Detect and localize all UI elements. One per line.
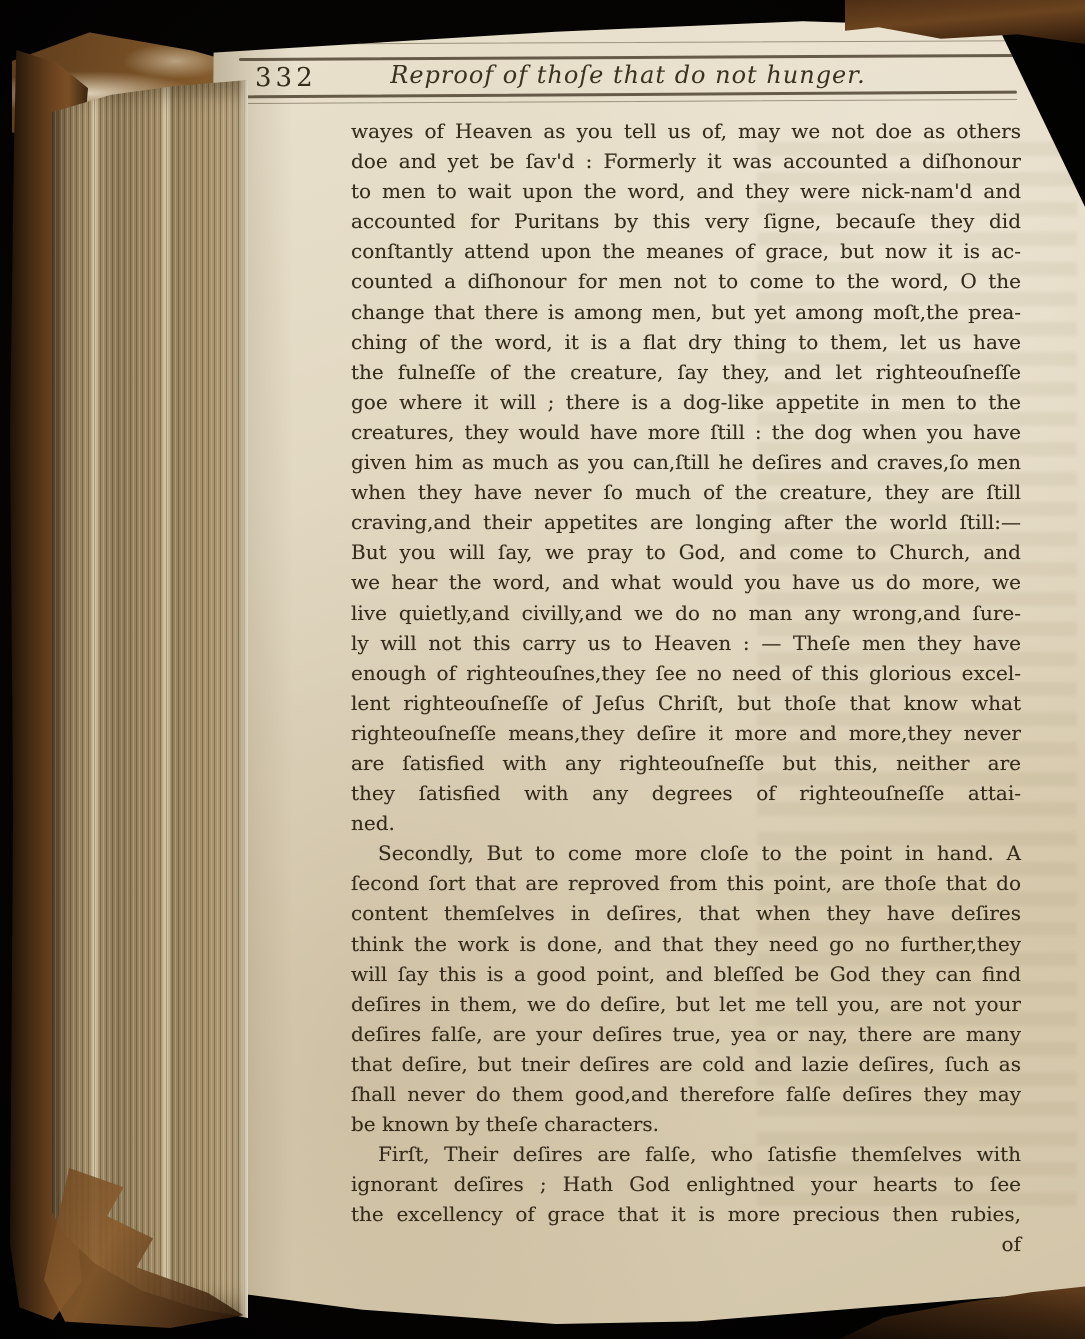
text-line: we hear the word, and what would you hav… bbox=[351, 567, 1021, 597]
text-line: counted a diſhonour for men not to come … bbox=[351, 266, 1021, 296]
header-rule bbox=[239, 40, 1017, 44]
text-line: when they have never ſo much of the crea… bbox=[351, 477, 1021, 507]
text-line: But you will ſay, we pray to God, and co… bbox=[351, 537, 1021, 567]
text-line: Firſt, Their deſires are falſe, who ſati… bbox=[351, 1139, 1021, 1169]
text-line: ned. bbox=[351, 808, 1021, 838]
text-line: ching of the word, it is a flat dry thin… bbox=[351, 327, 1021, 357]
page-header: 332 Reproof of thoſe that do not hunger. bbox=[239, 42, 1017, 102]
text-line: change that there is among men, but yet … bbox=[351, 297, 1021, 327]
text-line: accounted for Puritans by this very ſign… bbox=[351, 206, 1021, 236]
book-fore-edge-pages bbox=[52, 80, 248, 1318]
text-line: Secondly, But to come more cloſe to the … bbox=[351, 838, 1021, 868]
text-line: think the work is done, and that they ne… bbox=[351, 929, 1021, 959]
text-line: doe and yet be ſav'd : Formerly it was a… bbox=[351, 146, 1021, 176]
text-line: they ſatisfied with any degrees of right… bbox=[351, 778, 1021, 808]
text-line: given him as much as you can,ſtill he de… bbox=[351, 447, 1021, 477]
text-line: wayes of Heaven as you tell us of, may w… bbox=[351, 116, 1021, 146]
text-line: righteouſneſſe means,they deſire it more… bbox=[351, 718, 1021, 748]
text-line: live quietly,and civilly,and we do no ma… bbox=[351, 598, 1021, 628]
text-line: deſires falſe, are your deſires true, ye… bbox=[351, 1019, 1021, 1049]
text-line: deſires in them, we do deſire, but let m… bbox=[351, 989, 1021, 1019]
text-line: creatures, they would have more ſtill : … bbox=[351, 417, 1021, 447]
running-title: Reproof of thoſe that do not hunger. bbox=[239, 61, 1017, 89]
body-text-column: wayes of Heaven as you tell us of, may w… bbox=[351, 116, 1021, 1260]
header-rule bbox=[239, 99, 1017, 104]
header-rule bbox=[239, 54, 1017, 61]
text-line: goe where it will ; there is a dog-like … bbox=[351, 387, 1021, 417]
book-photograph: 332 Reproof of thoſe that do not hunger.… bbox=[0, 0, 1085, 1339]
text-line: content themſelves in deſires, that when… bbox=[351, 898, 1021, 928]
text-line: craving,and their appetites are longing … bbox=[351, 507, 1021, 537]
catchword: of bbox=[351, 1229, 1021, 1259]
text-line: conſtantly attend upon the meanes of gra… bbox=[351, 236, 1021, 266]
text-line: the excellency of grace that it is more … bbox=[351, 1199, 1021, 1229]
book-page: 332 Reproof of thoſe that do not hunger.… bbox=[203, 16, 1085, 1324]
text-line: ſhall never do them good,and therefore f… bbox=[351, 1079, 1021, 1109]
text-line: to men to wait upon the word, and they w… bbox=[351, 176, 1021, 206]
text-line: be known by theſe characters. bbox=[351, 1109, 1021, 1139]
text-line: that deſire, but tneir deſires are cold … bbox=[351, 1049, 1021, 1079]
text-line: enough of righteouſnes,they ſee no need … bbox=[351, 658, 1021, 688]
text-line: the fulneſſe of the creature, ſay they, … bbox=[351, 357, 1021, 387]
header-row: 332 Reproof of thoſe that do not hunger. bbox=[239, 61, 1017, 95]
text-line: will ſay this is a good point, and bleſſ… bbox=[351, 959, 1021, 989]
text-line: lent righteouſneſſe of Jeſus Chriſt, but… bbox=[351, 688, 1021, 718]
text-line: ſecond ſort that are reproved from this … bbox=[351, 868, 1021, 898]
text-line: ignorant deſires ; Hath God enlightned y… bbox=[351, 1169, 1021, 1199]
text-line: ly will not this carry us to Heaven : — … bbox=[351, 628, 1021, 658]
body-lines: wayes of Heaven as you tell us of, may w… bbox=[351, 116, 1021, 1229]
text-line: are ſatisfied with any righteouſneſſe bu… bbox=[351, 748, 1021, 778]
